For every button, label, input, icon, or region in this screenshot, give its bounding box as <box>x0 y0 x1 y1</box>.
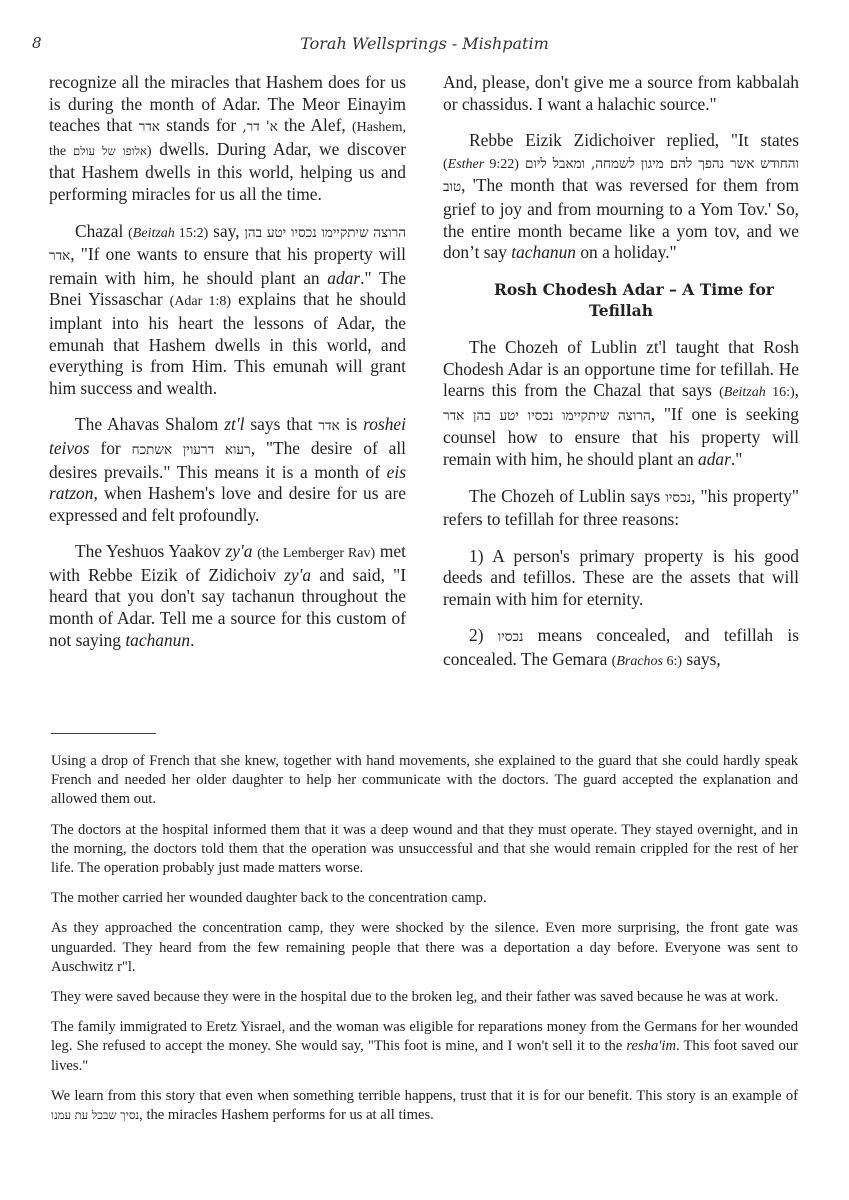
footnote-paragraph: The doctors at the hospital informed the… <box>51 821 798 879</box>
hebrew-text: אדר <box>139 119 160 135</box>
text: , when Hashem's love and desire for us a… <box>49 483 406 525</box>
source-ref-book: Beitzah <box>133 226 175 241</box>
source-ref-book: Brachos <box>616 654 663 669</box>
italic-term: adar <box>698 449 731 469</box>
footnote-paragraph: Using a drop of French that she knew, to… <box>51 752 798 810</box>
text: 1) A person's primary property is his go… <box>443 546 799 609</box>
hebrew-text: א' דר, <box>242 119 277 135</box>
text: And, please, don't give me a source from… <box>443 72 799 114</box>
paragraph: 1) A person's primary property is his go… <box>443 546 799 611</box>
hebrew-text: נכסיו <box>665 490 691 506</box>
italic-term: tachanun <box>511 242 576 262</box>
italic-term: resha'im <box>626 1038 676 1054</box>
text: , the miracles Hashem performs for us at… <box>139 1107 434 1123</box>
text: Chazal <box>75 221 128 241</box>
source-ref: 9:22) <box>484 157 519 172</box>
text: stands for <box>160 115 242 135</box>
paragraph: 2) נכסיו means concealed, and tefillah i… <box>443 625 799 672</box>
paragraph: Chazal (Beitzah 15:2) say, הרוצה שיתקיימ… <box>49 221 406 400</box>
footnote-paragraph: They were saved because they were in the… <box>51 988 798 1007</box>
text: 2) <box>469 625 498 645</box>
footnote-paragraph: We learn from this story that even when … <box>51 1087 798 1125</box>
paragraph: And, please, don't give me a source from… <box>443 72 799 115</box>
text: on a holiday." <box>576 242 677 262</box>
paragraph: The Chozeh of Lublin says נכסיו, "his pr… <box>443 486 799 531</box>
text: the Alef, <box>278 115 352 135</box>
text: says, <box>682 649 721 669</box>
document-page: 8 Torah Wellsprings - Mishpatim recogniz… <box>0 0 849 1200</box>
paragraph: The Yeshuos Yaakov zy'a (the Lemberger R… <box>49 541 406 651</box>
page-header: 8 Torah Wellsprings - Mishpatim <box>30 34 819 58</box>
paragraph: recognize all the miracles that Hashem d… <box>49 72 406 206</box>
source-ref-book: Beitzah <box>724 385 766 400</box>
parenthetical: (the Lemberger Rav) <box>257 546 375 561</box>
text: say, <box>208 221 244 241</box>
italic-term: adar <box>327 268 360 288</box>
hebrew-text: נסיך שבכל עת עמנו <box>51 1108 139 1122</box>
italic-term: zy'a <box>284 565 311 585</box>
hebrew-text: אדר <box>318 418 339 434</box>
hebrew-text: אלופו של עולם <box>73 144 147 158</box>
footnote-paragraph: The mother carried her wounded daughter … <box>51 889 798 908</box>
text: The Ahavas Shalom <box>75 414 224 434</box>
running-title: Torah Wellsprings - Mishpatim <box>30 34 819 53</box>
source-ref: (Adar 1:8) <box>170 294 231 309</box>
paragraph: The Ahavas Shalom zt'l says that אדר is … <box>49 414 406 526</box>
source-ref-book: Esther <box>448 157 485 172</box>
text: . <box>190 630 194 650</box>
italic-term: zt'l <box>224 414 244 434</box>
paragraph: The Chozeh of Lublin zt'l taught that Ro… <box>443 337 799 471</box>
left-column: recognize all the miracles that Hashem d… <box>49 72 406 666</box>
footnote-separator <box>51 733 156 734</box>
text: Rebbe Eizik Zidichoiver replied, "It sta… <box>469 130 799 150</box>
text: for <box>90 438 132 458</box>
footnote-section: Using a drop of French that she knew, to… <box>51 752 798 1136</box>
footnote-paragraph: The family immigrated to Eretz Yisrael, … <box>51 1018 798 1076</box>
source-ref: 6:) <box>663 654 682 669</box>
footnote-paragraph: As they approached the concentration cam… <box>51 919 798 977</box>
right-column: And, please, don't give me a source from… <box>443 72 799 688</box>
section-heading: Rosh Chodesh Adar – A Time for Tefillah <box>443 279 799 322</box>
text: ." <box>731 449 742 469</box>
text: The Yeshuos Yaakov <box>75 541 226 561</box>
source-ref: 16:) <box>766 385 795 400</box>
text: , <box>795 380 799 400</box>
text: We learn from this story that even when … <box>51 1088 798 1104</box>
source-ref: 15:2) <box>175 226 209 241</box>
hebrew-text: רעוא דרעוין אשתכח <box>132 442 251 458</box>
hebrew-text: נכסיו <box>498 629 524 645</box>
hebrew-text: הרוצה שיתקיימו נכסיו יטע בהן אדר <box>443 408 651 424</box>
text: The Chozeh of Lublin says <box>469 486 665 506</box>
text: says that <box>244 414 318 434</box>
text: is <box>340 414 364 434</box>
paragraph: Rebbe Eizik Zidichoiver replied, "It sta… <box>443 130 799 264</box>
italic-term: zy'a <box>226 541 253 561</box>
italic-term: tachanun <box>125 630 190 650</box>
